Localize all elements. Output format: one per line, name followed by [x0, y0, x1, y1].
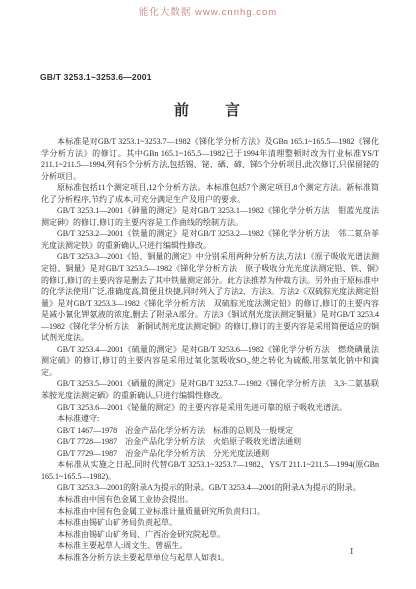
paragraph: 本标准遵守:: [41, 413, 379, 425]
paragraph: GB/T 3253.4—2001《硫量的测定》是对GB/T 3253.6—198…: [41, 344, 379, 379]
paragraph: GB/T 3253.3—2001的附录A为提示的附录。GB/T 3253.4—2…: [41, 482, 379, 494]
page-number: Ⅰ: [350, 546, 353, 557]
document-page: 能化大数据 www.cnnhg.com GB/T 3253.1~3253.6—2…: [0, 0, 416, 589]
paragraph: GB/T 3253.3—2001《铅、铜量的测定》中分别采用两种分析方法,方法1…: [41, 251, 379, 343]
paragraph: 本标准是对GB/T 3253.1~3253.7—1982《锑化学分析方法》及GB…: [41, 136, 379, 182]
paragraph: 本标准各分析方法主要起草单位与起草人如表1。: [41, 552, 379, 564]
paragraph: GB/T 3253.2—2001《铁量的测定》是对GB/T 3253.2—198…: [41, 228, 379, 251]
page-title: 前 言: [0, 99, 416, 120]
watermark-text: 能化大数据 www.cnnhg.com: [0, 4, 416, 18]
paragraph: GB/T 7728—1987 冶金产品化学分析方法 火焰原子吸收光谱法通则: [41, 436, 379, 448]
standard-code-header: GB/T 3253.1~3253.6—2001: [40, 72, 152, 82]
paragraph: GB/T 3253.1—2001《砷量的测定》是对GB/T 3253.1—198…: [41, 205, 379, 228]
paragraph: GB/T 3253.6—2001《铋量的测定》的主要内容是采用先进可靠的原子吸收…: [41, 402, 379, 414]
paragraph: GB/T 1467—1978 冶金产品化学分析方法 标准的总则及一般规定: [41, 425, 379, 437]
paragraph: 本标准由中国有色金属工业标准计量质量研究所负责归口。: [41, 506, 379, 518]
document-body: 本标准是对GB/T 3253.1~3253.7—1982《锑化学分析方法》及GB…: [41, 136, 379, 563]
paragraph: GB/T 3253.5—2001《硒量的测定》是对GB/T 3253.7—198…: [41, 378, 379, 401]
paragraph: 本标准从实施之日起,同时代替GB/T 3253.1~3253.7—1982、YS…: [41, 459, 379, 482]
paragraph: 原标准包括11个测定项目,12个分析方法。本标准包括7个测定项目,8个测定方法。…: [41, 182, 379, 205]
paragraph: 本标准由中国有色金属工业协会提出。: [41, 494, 379, 506]
paragraph: 本标准由锡矿山矿务局、广西冶金研究院起草。: [41, 529, 379, 541]
paragraph: GB/T 7729—1987 冶金产品化学分析方法 分光光度法通则: [41, 448, 379, 460]
paragraph: 本标准由锡矿山矿务局负责起草。: [41, 517, 379, 529]
paragraph: 本标准主要起草人:周文生、曾福生。: [41, 540, 379, 552]
